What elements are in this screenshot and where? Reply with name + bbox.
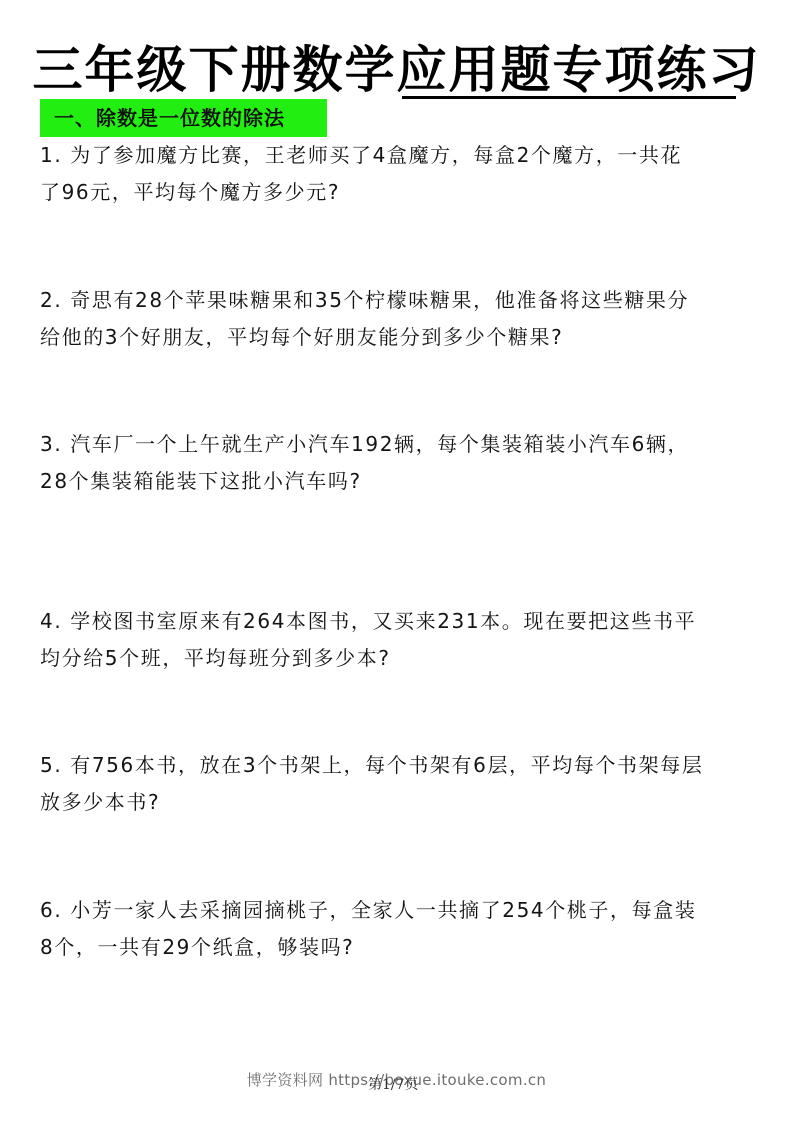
problem-4: 4. 学校图书室原来有264本图书，又买来231本。现在要把这些书平 均分给5个…	[40, 603, 760, 677]
problem-text-line: 了96元，平均每个魔方多少元?	[40, 174, 760, 211]
problem-3: 3. 汽车厂一个上午就生产小汽车192辆，每个集装箱装小汽车6辆， 28个集装箱…	[40, 426, 760, 500]
problem-text-line: 2. 奇思有28个苹果味糖果和35个柠檬味糖果，他准备将这些糖果分	[40, 282, 760, 319]
problem-text-line: 给他的3个好朋友，平均每个好朋友能分到多少个糖果?	[40, 319, 760, 356]
title-underline	[402, 96, 736, 99]
section-heading: 一、除数是一位数的除法	[40, 99, 327, 137]
problem-text-line: 3. 汽车厂一个上午就生产小汽车192辆，每个集装箱装小汽车6辆，	[40, 426, 760, 463]
problem-text-line: 8个，一共有29个纸盒，够装吗?	[40, 929, 760, 966]
page-title: 三年级下册数学应用题专项练习	[0, 38, 793, 102]
problem-text-line: 28个集装箱能装下这批小汽车吗?	[40, 463, 760, 500]
problem-text-line: 4. 学校图书室原来有264本图书，又买来231本。现在要把这些书平	[40, 603, 760, 640]
problem-text-line: 5. 有756本书，放在3个书架上，每个书架有6层，平均每个书架每层	[40, 747, 760, 784]
problem-5: 5. 有756本书，放在3个书架上，每个书架有6层，平均每个书架每层 放多少本书…	[40, 747, 760, 821]
problem-text-line: 1. 为了参加魔方比赛，王老师买了4盒魔方，每盒2个魔方，一共花	[40, 137, 760, 174]
problem-text-line: 放多少本书?	[40, 784, 760, 821]
problem-text-line: 6. 小芳一家人去采摘园摘桃子，全家人一共摘了254个桃子，每盒装	[40, 892, 760, 929]
problem-text-line: 均分给5个班，平均每班分到多少本?	[40, 640, 760, 677]
problem-1: 1. 为了参加魔方比赛，王老师买了4盒魔方，每盒2个魔方，一共花 了96元，平均…	[40, 137, 760, 211]
problem-6: 6. 小芳一家人去采摘园摘桃子，全家人一共摘了254个桃子，每盒装 8个，一共有…	[40, 892, 760, 966]
problem-2: 2. 奇思有28个苹果味糖果和35个柠檬味糖果，他准备将这些糖果分 给他的3个好…	[40, 282, 760, 356]
page-footer: 博学资料网 https://boxue.itouke.com.cn 第1/7页	[0, 1066, 793, 1096]
page-number: 第1/7页	[368, 1074, 419, 1094]
